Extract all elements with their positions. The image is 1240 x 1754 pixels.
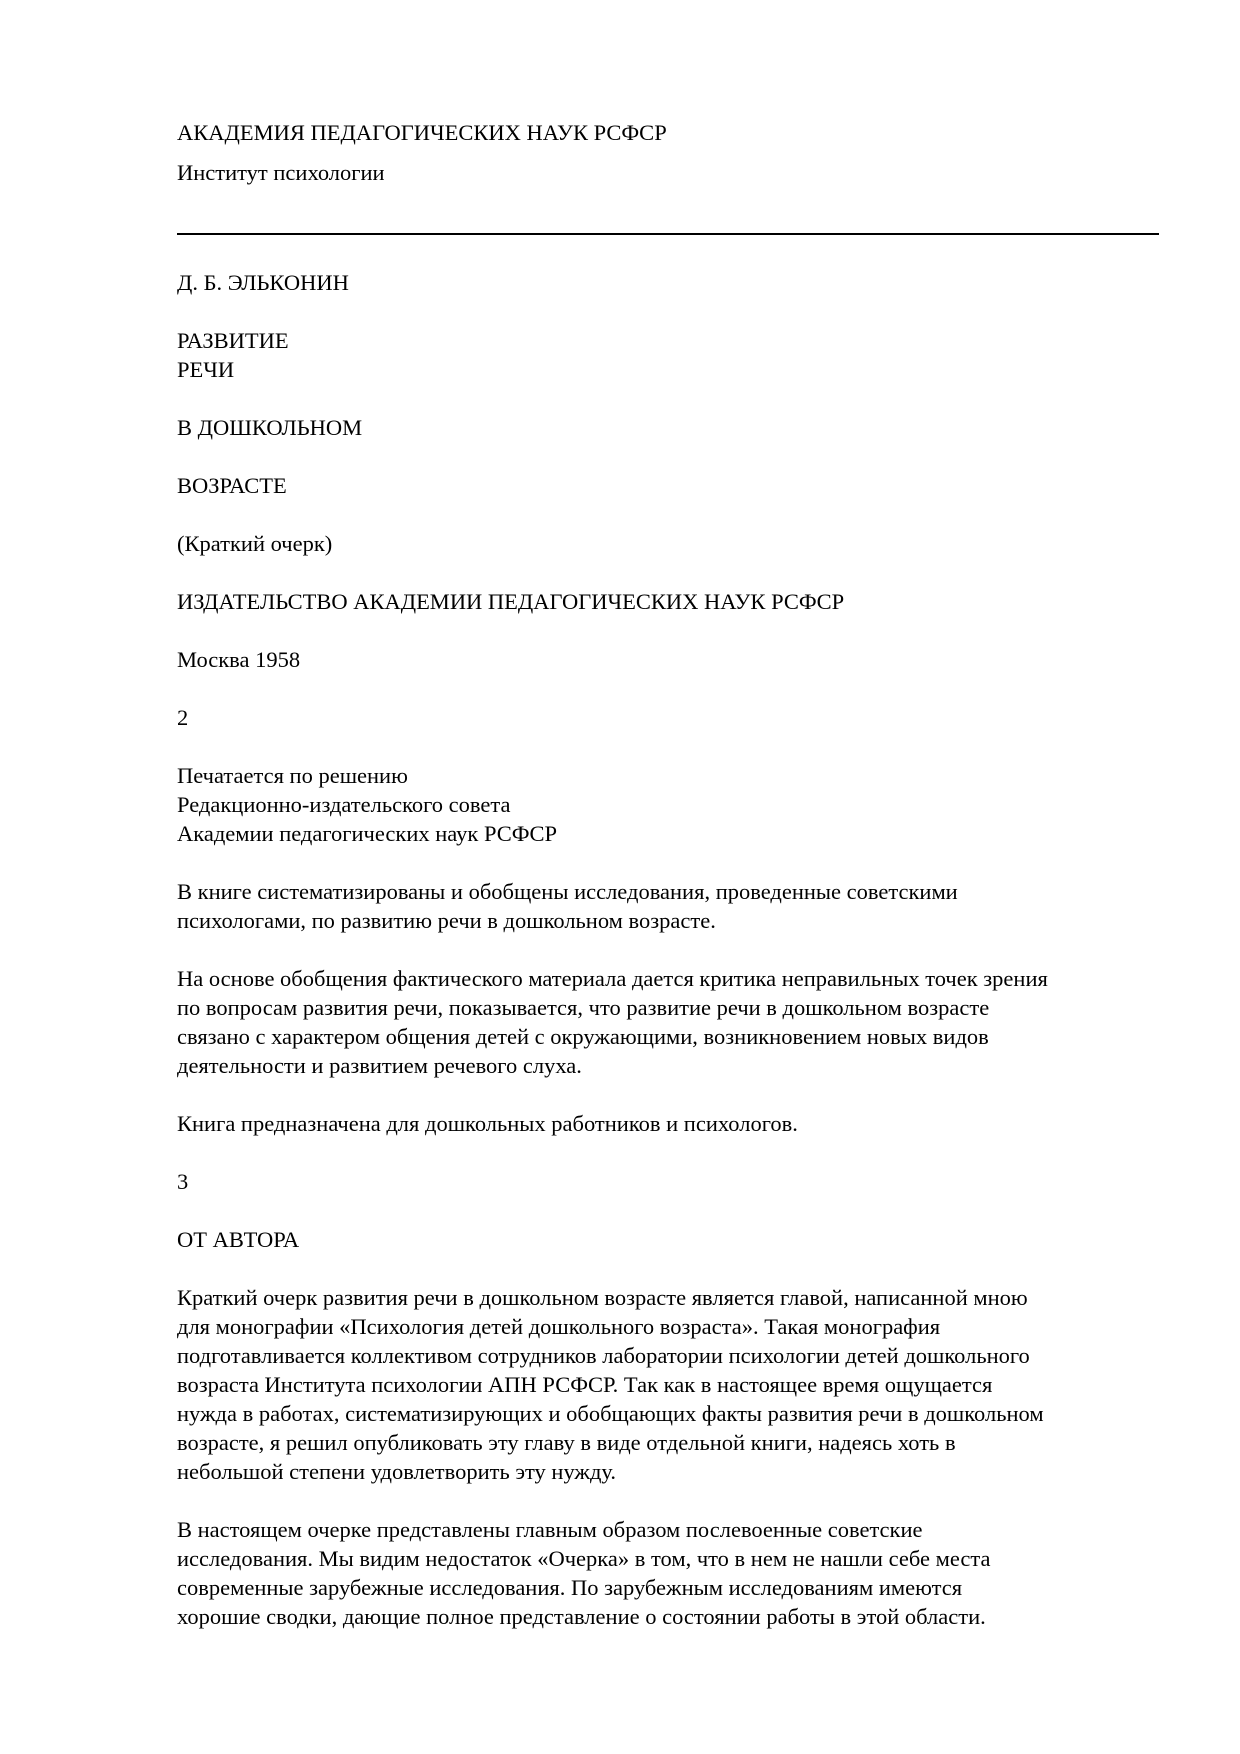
para-2-line-2: исследования. Мы видим недостаток «Очерк… xyxy=(177,1544,990,1573)
book-title-line-3: В ДОШКОЛЬНОМ xyxy=(177,413,362,442)
imprint-line-2: Редакционно-издательского совета xyxy=(177,790,511,819)
audience-note: Книга предназначена для дошкольных работ… xyxy=(177,1109,798,1138)
book-title-line-1: РАЗВИТИЕ xyxy=(177,326,289,355)
para-1-line-4: возраста Института психологии АПН РСФСР.… xyxy=(177,1370,992,1399)
book-title-line-4: ВОЗРАСТЕ xyxy=(177,471,287,500)
para-2-line-4: хорошие сводки, дающие полное представле… xyxy=(177,1602,986,1631)
horizontal-rule xyxy=(177,233,1159,235)
para-1-line-1: Краткий очерк развития речи в дошкольном… xyxy=(177,1283,1028,1312)
abstract-1-line-1: В книге систематизированы и обобщены исс… xyxy=(177,877,958,906)
para-2-line-3: современные зарубежные исследования. По … xyxy=(177,1573,962,1602)
city-year: Москва 1958 xyxy=(177,645,300,674)
academy-name: АКАДЕМИЯ ПЕДАГОГИЧЕСКИХ НАУК РСФСР xyxy=(177,118,667,147)
author-name: Д. Б. ЭЛЬКОНИН xyxy=(177,268,349,297)
para-1-line-2: для монографии «Психология детей дошколь… xyxy=(177,1312,940,1341)
page-number-3: 3 xyxy=(177,1167,188,1196)
publisher-name: ИЗДАТЕЛЬСТВО АКАДЕМИИ ПЕДАГОГИЧЕСКИХ НАУ… xyxy=(177,587,844,616)
book-title-line-2: РЕЧИ xyxy=(177,355,234,384)
para-1-line-6: возрасте, я решил опубликовать эту главу… xyxy=(177,1428,956,1457)
abstract-2-line-1: На основе обобщения фактического материа… xyxy=(177,964,1048,993)
para-1-line-5: нужда в работах, систематизирующих и обо… xyxy=(177,1399,1044,1428)
abstract-2-line-3: связано с характером общения детей с окр… xyxy=(177,1022,989,1051)
para-1-line-3: подготавливается коллективом сотрудников… xyxy=(177,1341,1030,1370)
para-1-line-7: небольшой степени удовлетворить эту нужд… xyxy=(177,1457,616,1486)
abstract-1-line-2: психологами, по развитию речи в дошкольн… xyxy=(177,906,716,935)
abstract-2-line-4: деятельности и развитием речевого слуха. xyxy=(177,1051,582,1080)
imprint-line-1: Печатается по решению xyxy=(177,761,408,790)
abstract-2-line-2: по вопросам развития речи, показывается,… xyxy=(177,993,989,1022)
section-heading: ОТ АВТОРА xyxy=(177,1225,299,1254)
para-2-line-1: В настоящем очерке представлены главным … xyxy=(177,1515,923,1544)
imprint-line-3: Академии педагогических наук РСФСР xyxy=(177,819,557,848)
institute-name: Институт психологии xyxy=(177,158,385,187)
book-subtitle: (Краткий очерк) xyxy=(177,529,332,558)
page-number-2: 2 xyxy=(177,703,188,732)
